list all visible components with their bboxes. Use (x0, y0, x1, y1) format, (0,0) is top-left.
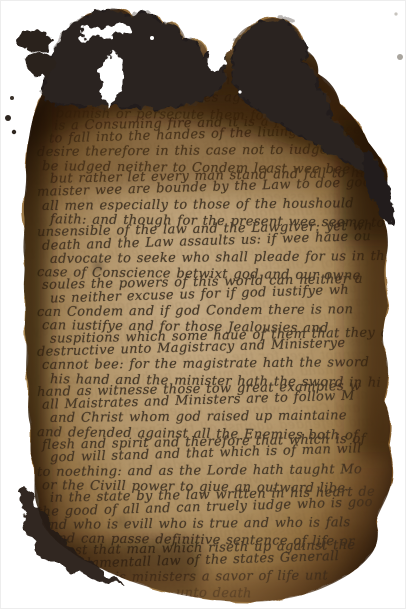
detached-specks (394, 12, 403, 60)
burnt-edges-overlay (0, 0, 406, 609)
manuscript-photo: wee cannot Condem in this stretch out ou… (0, 0, 406, 609)
